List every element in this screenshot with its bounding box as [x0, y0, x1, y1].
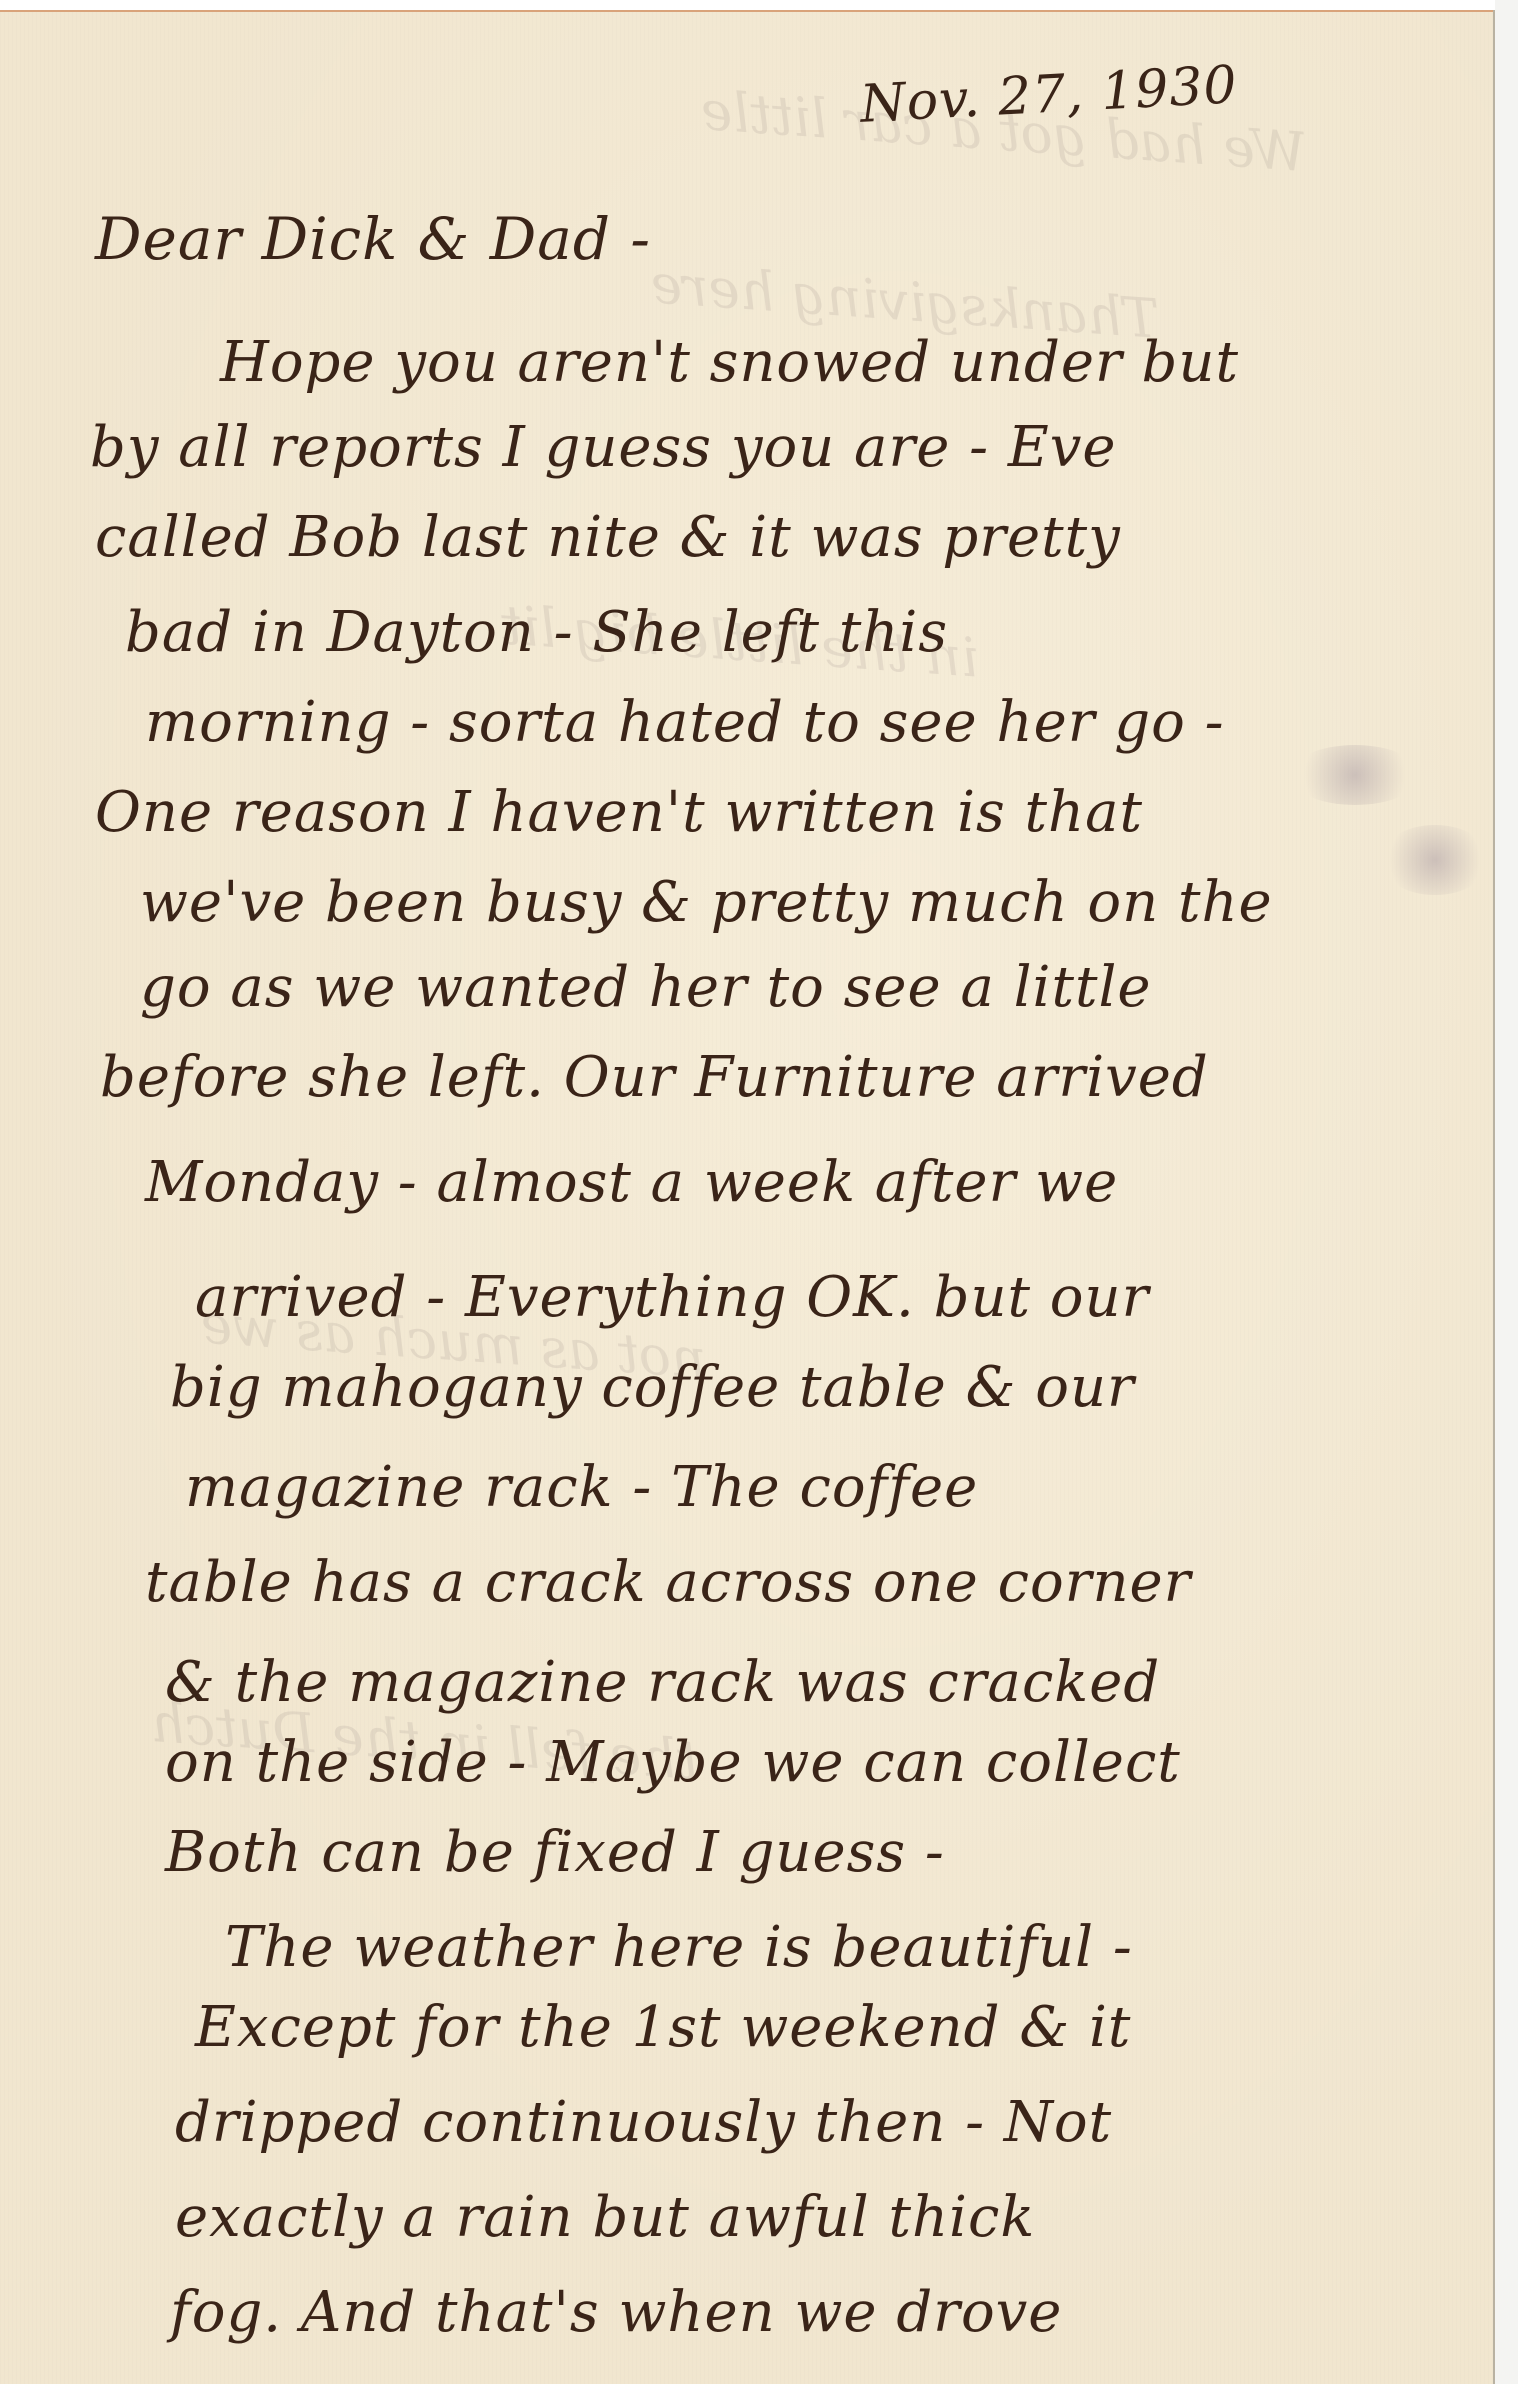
letter-line: called Bob last nite & it was pretty: [95, 505, 1121, 570]
letter-line: morning - sorta hated to see her go -: [145, 690, 1225, 755]
letter-line: Both can be fixed I guess -: [165, 1820, 945, 1885]
ink-smudge: [1380, 825, 1490, 895]
letter-line: Except for the 1st weekend & it: [195, 1995, 1131, 2060]
letter-line: One reason I haven't written is that: [95, 780, 1143, 845]
letter-date: Nov. 27, 1930: [859, 55, 1239, 135]
letter-line: arrived - Everything OK. but our: [195, 1265, 1149, 1330]
letter-page: We had got a car little Thanksgiving her…: [0, 10, 1495, 2384]
letter-line: big mahogany coffee table & our: [170, 1355, 1135, 1420]
letter-line: fog. And that's when we drove: [170, 2280, 1062, 2345]
letter-salutation: Dear Dick & Dad -: [95, 205, 651, 273]
letter-line: Hope you aren't snowed under but: [220, 330, 1239, 395]
letter-line: Monday - almost a week after we: [145, 1150, 1118, 1215]
letter-line: dripped continuously then - Not: [175, 2090, 1112, 2155]
letter-line: bad in Dayton - She left this: [125, 600, 948, 665]
ink-smudge: [1290, 745, 1420, 805]
letter-line: on the side - Maybe we can collect: [165, 1730, 1181, 1795]
letter-line: go as we wanted her to see a little: [140, 955, 1152, 1020]
letter-line: we've been busy & pretty much on the: [140, 870, 1273, 935]
scan-margin: [1495, 0, 1518, 2384]
letter-line: exactly a rain but awful thick: [175, 2185, 1035, 2250]
letter-line: & the magazine rack was cracked: [165, 1650, 1160, 1715]
letter-line: The weather here is beautiful -: [225, 1915, 1133, 1980]
letter-line: table has a crack across one corner: [145, 1550, 1191, 1615]
letter-line: magazine rack - The coffee: [185, 1455, 978, 1520]
letter-line: by all reports I guess you are - Eve: [90, 415, 1117, 480]
letter-line: before she left. Our Furniture arrived: [100, 1045, 1209, 1110]
